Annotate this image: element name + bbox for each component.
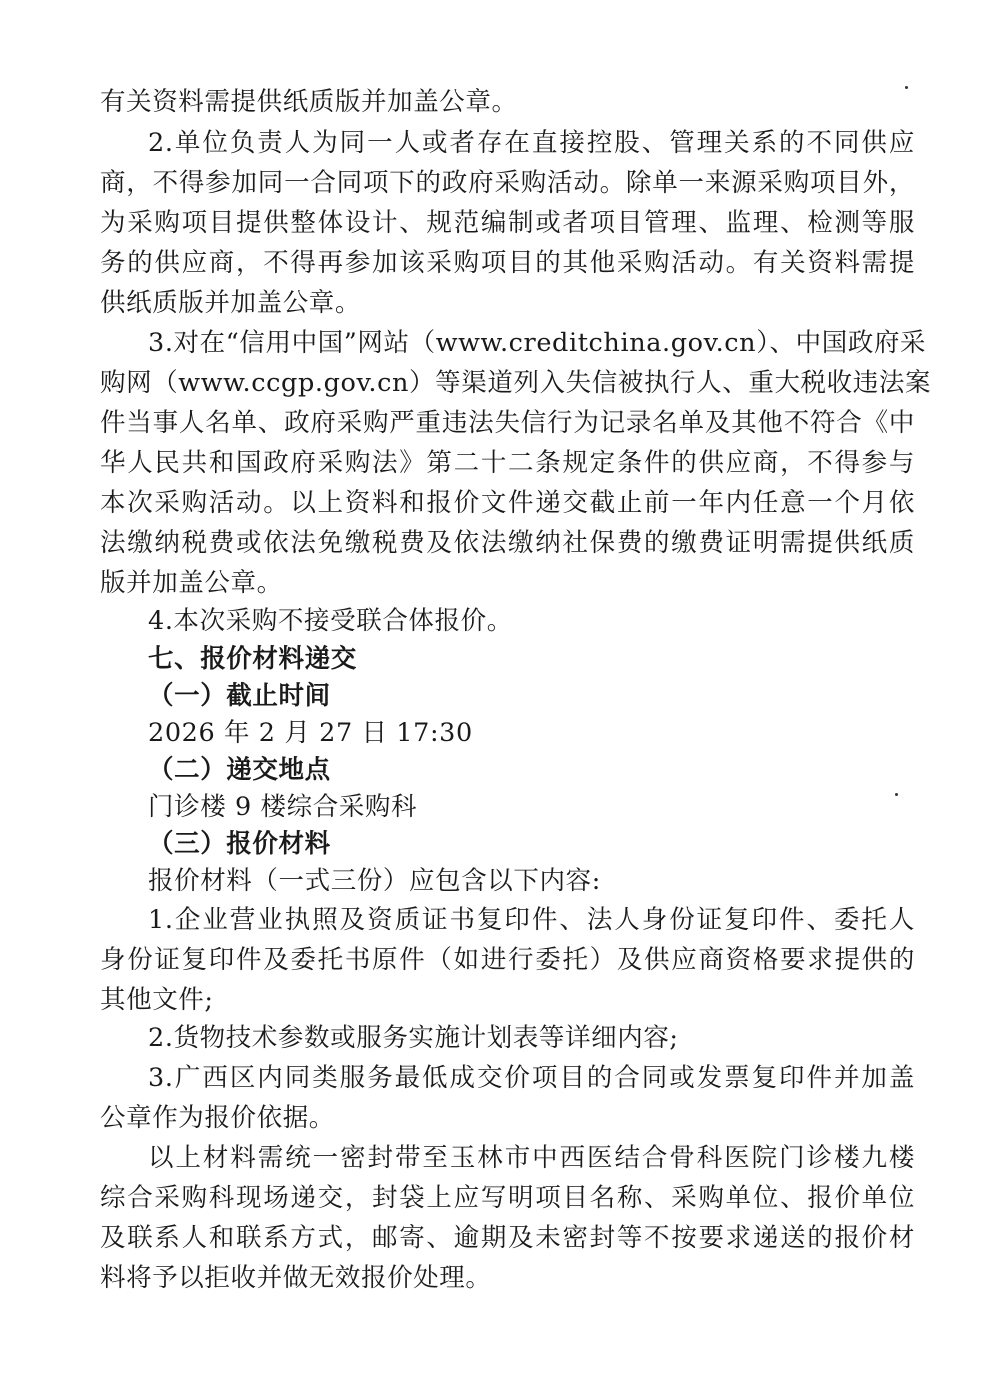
scan-speck <box>526 1237 529 1240</box>
text-line: 料将予以拒收并做无效报价处理。 <box>100 1260 915 1296</box>
scan-speck <box>905 86 908 89</box>
subsection-heading-deadline: （一）截止时间 <box>148 678 331 714</box>
text-line: 综合采购科现场递交，封袋上应写明项目名称、采购单位、报价单位 <box>100 1180 915 1216</box>
clause-3-line: 3.对在“信用中国”网站（www.creditchina.gov.cn）、中国政… <box>148 325 915 361</box>
text-line: 其他文件; <box>100 982 915 1018</box>
materials-intro: 报价材料（一式三份）应包含以下内容: <box>148 863 601 899</box>
material-item-1-line: 1.企业营业执照及资质证书复印件、法人身份证复印件、委托人 <box>148 902 915 938</box>
text-line: 华人民共和国政府采购法》第二十二条规定条件的供应商，不得参与 <box>100 445 915 481</box>
text-line: 身份证复印件及委托书原件（如进行委托）及供应商资格要求提供的 <box>100 942 915 978</box>
clause-4-line: 4.本次采购不接受联合体报价。 <box>148 603 513 639</box>
document-page: 有关资料需提供纸质版并加盖公章。 2.单位负责人为同一人或者存在直接控股、管理关… <box>0 0 1000 1376</box>
material-item-2-line: 2.货物技术参数或服务实施计划表等详细内容; <box>148 1020 679 1056</box>
clause-2-line: 2.单位负责人为同一人或者存在直接控股、管理关系的不同供应 <box>148 125 915 161</box>
material-item-3-line: 3.广西区内同类服务最低成交价项目的合同或发票复印件并加盖 <box>148 1060 915 1096</box>
location-value: 门诊楼 9 楼综合采购科 <box>148 789 417 825</box>
deadline-value: 2026 年 2 月 27 日 17:30 <box>148 715 473 751</box>
text-line: 本次采购活动。以上资料和报价文件递交截止前一年内任意一个月依 <box>100 485 915 521</box>
text-line: 供纸质版并加盖公章。 <box>100 285 915 321</box>
text-line: 法缴纳税费或依法免缴税费及依法缴纳社保费的缴费证明需提供纸质 <box>100 525 915 561</box>
text-line: 及联系人和联系方式，邮寄、逾期及未密封等不按要求递送的报价材 <box>100 1220 915 1256</box>
closing-paragraph-line: 以上材料需统一密封带至玉林市中西医结合骨科医院门诊楼九楼 <box>148 1140 915 1176</box>
text-line: 购网（www.ccgp.gov.cn）等渠道列入失信被执行人、重大税收违法案 <box>100 365 915 401</box>
scan-speck <box>895 793 898 796</box>
text-line: 版并加盖公章。 <box>100 565 915 601</box>
text-line: 为采购项目提供整体设计、规范编制或者项目管理、监理、检测等服 <box>100 205 915 241</box>
text-line: 商，不得参加同一合同项下的政府采购活动。除单一来源采购项目外， <box>100 165 915 201</box>
subsection-heading-location: （二）递交地点 <box>148 752 331 788</box>
text-line: 务的供应商，不得再参加该采购项目的其他采购活动。有关资料需提 <box>100 245 915 281</box>
section-heading: 七、报价材料递交 <box>148 641 357 677</box>
text-line: 件当事人名单、政府采购严重违法失信行为记录名单及其他不符合《中 <box>100 405 915 441</box>
text-line: 公章作为报价依据。 <box>100 1100 915 1136</box>
text-line: 有关资料需提供纸质版并加盖公章。 <box>100 84 915 120</box>
subsection-heading-materials: （三）报价材料 <box>148 826 331 862</box>
